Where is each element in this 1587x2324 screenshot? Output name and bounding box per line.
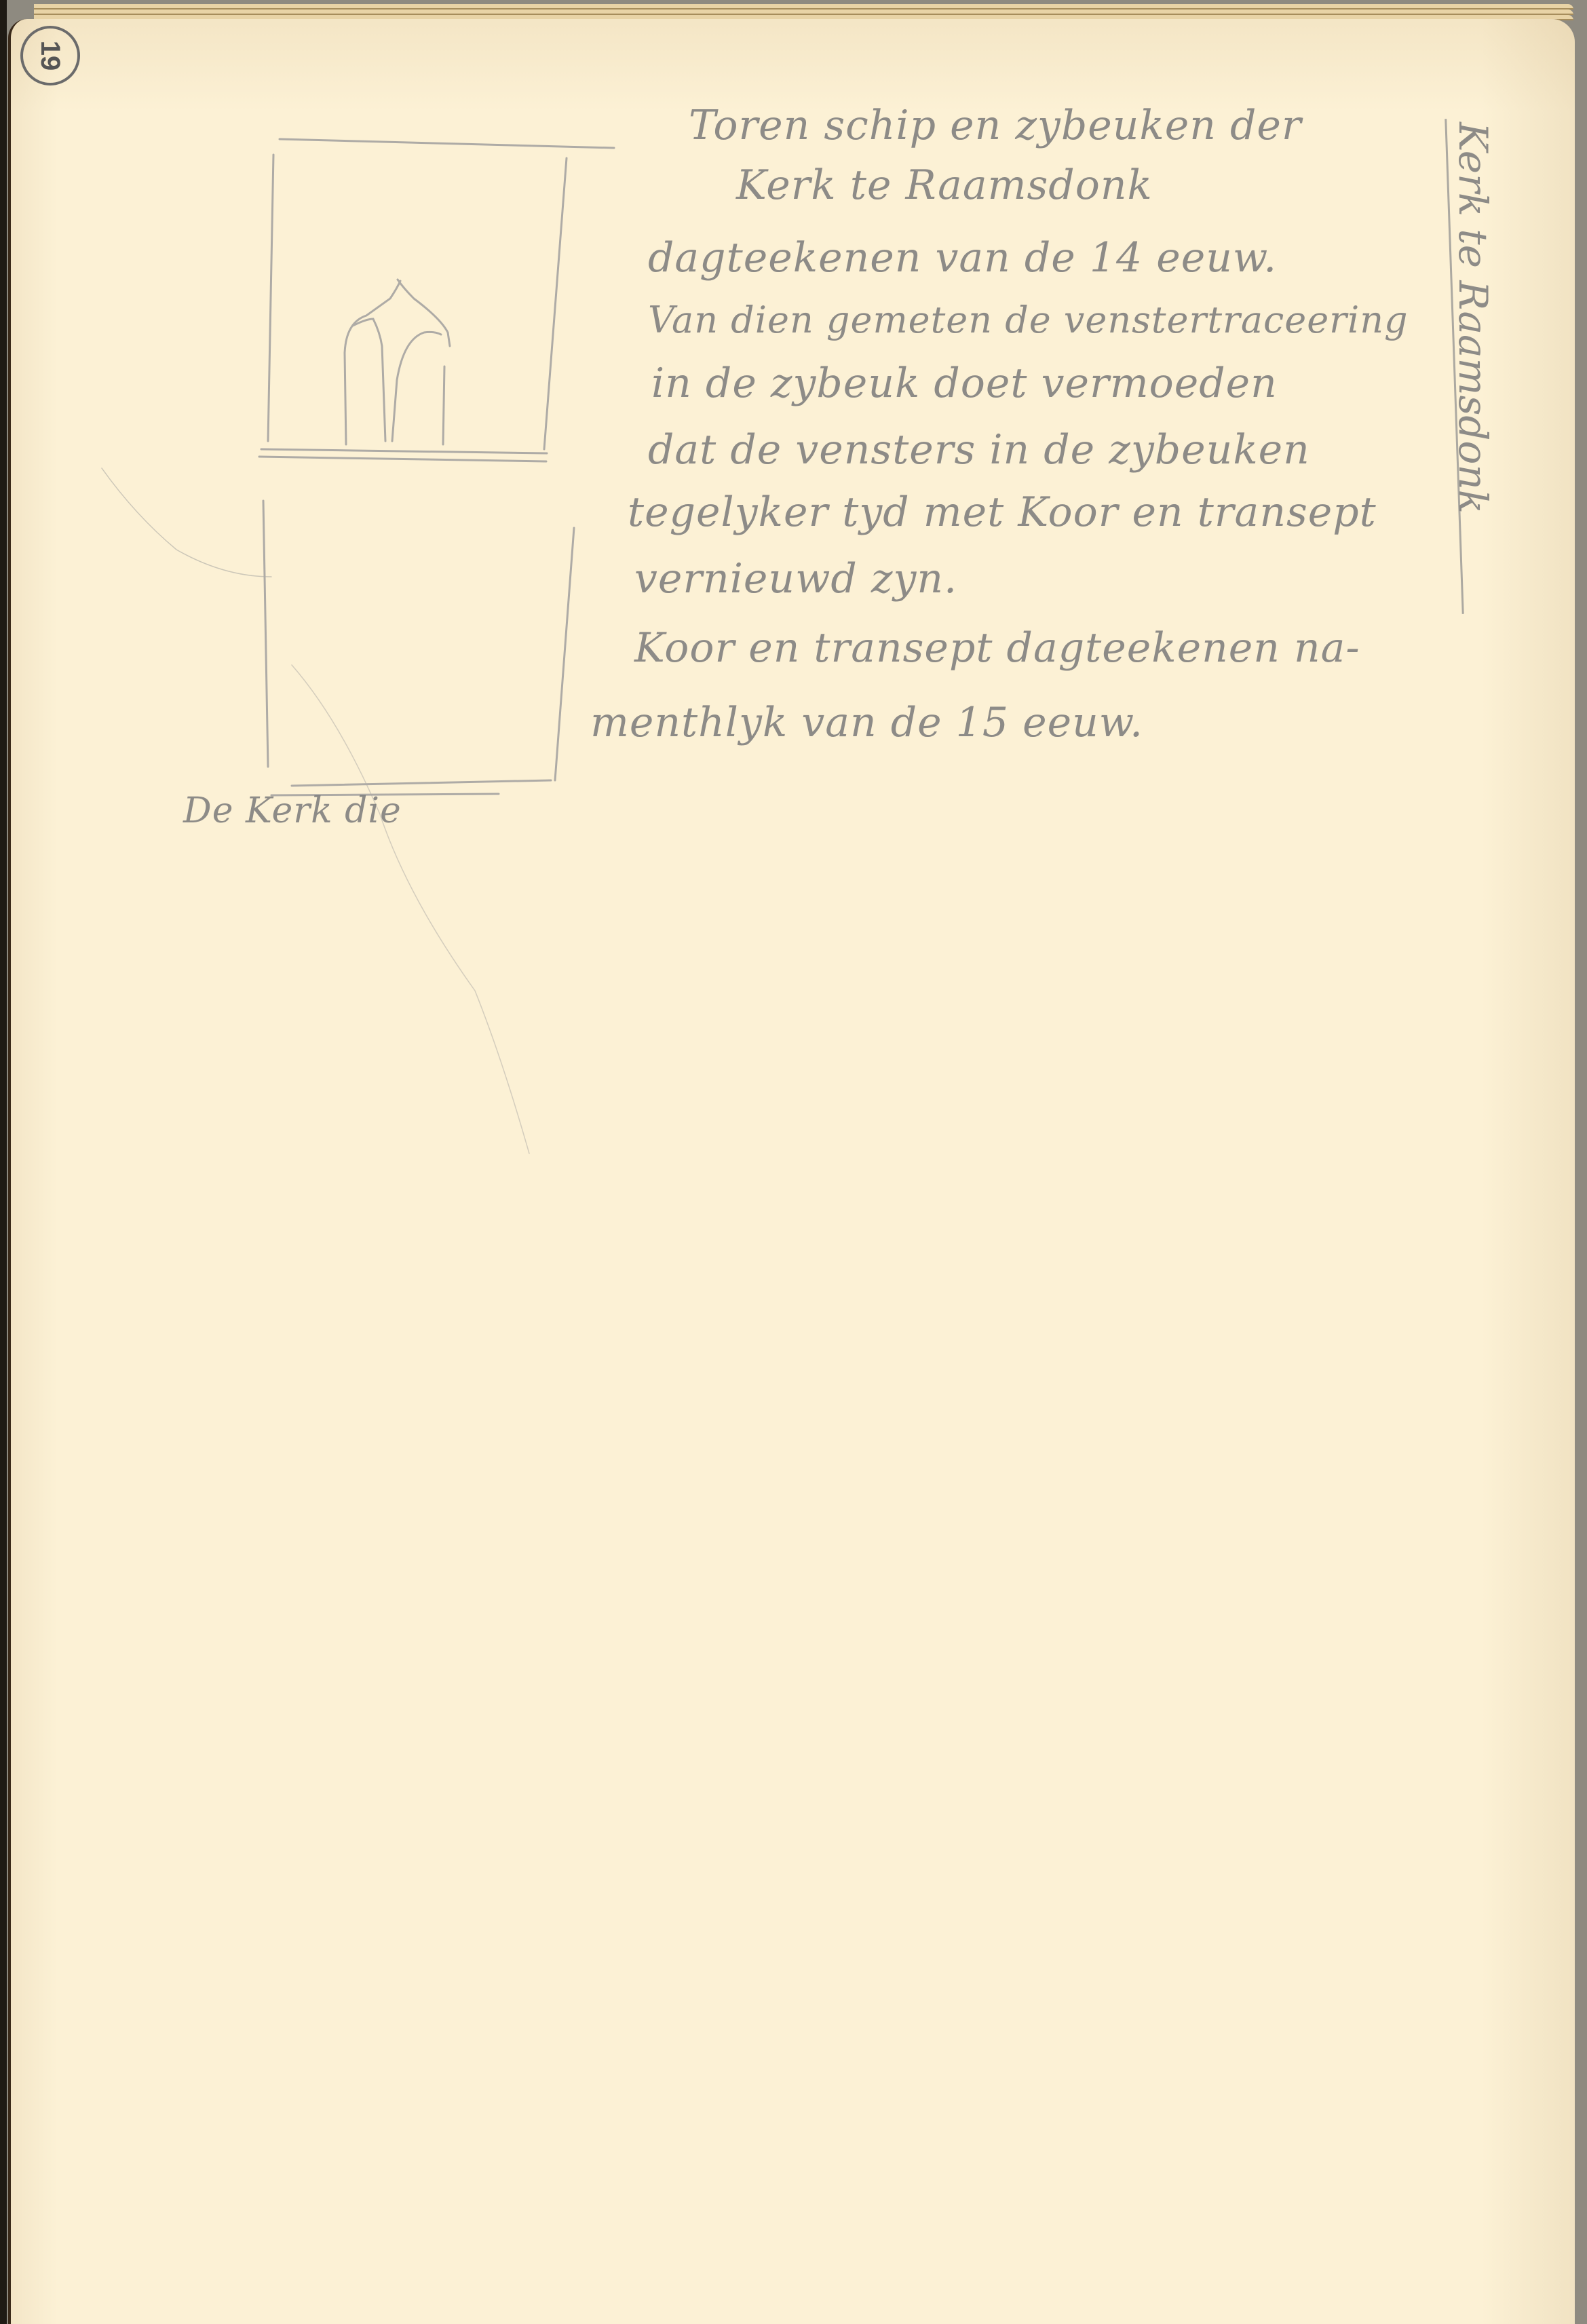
sketch-caption: De Kerk die bbox=[183, 790, 402, 831]
text-line-1: Toren schip en zybeuken der bbox=[689, 102, 1302, 149]
construction-line-1 bbox=[102, 468, 271, 577]
text-line-9: Koor en transept dagteekenen na- bbox=[634, 624, 1360, 672]
upper-panel-bottom-edge-2 bbox=[259, 457, 546, 461]
lower-panel-left-edge bbox=[263, 501, 268, 767]
text-line-8: vernieuwd zyn. bbox=[634, 555, 957, 603]
text-line-4: Van dien gemeten de venstertraceering bbox=[648, 299, 1409, 341]
margin-note: Kerk te Raamsdonk bbox=[1450, 122, 1496, 514]
arch-right-inner bbox=[392, 332, 441, 441]
lower-panel-bottom-edge bbox=[292, 780, 551, 786]
arch-right-jamb bbox=[443, 366, 444, 444]
text-line-6: dat de vensters in de zybeuken bbox=[648, 426, 1310, 474]
text-line-3: dagteekenen van de 14 eeuw. bbox=[648, 234, 1277, 282]
text-line-2: Kerk te Raamsdonk bbox=[736, 161, 1153, 209]
upper-panel-top-edge bbox=[280, 139, 614, 148]
text-line-7: tegelyker tyd met Koor en transept bbox=[628, 489, 1377, 536]
pencil-sketch bbox=[0, 0, 1587, 2324]
lower-panel-right-edge bbox=[555, 528, 574, 780]
arch-left-inner bbox=[353, 319, 385, 441]
upper-panel-bottom-edge bbox=[261, 449, 547, 453]
text-line-5: in de zybeuk doet vermoeden bbox=[651, 360, 1278, 407]
arch-right-outer bbox=[398, 280, 450, 346]
arch-left-outer bbox=[345, 281, 400, 444]
text-line-10: menthlyk van de 15 eeuw. bbox=[590, 699, 1143, 746]
upper-panel-left-edge bbox=[268, 155, 273, 441]
upper-panel-right-edge bbox=[544, 158, 567, 449]
construction-line-2 bbox=[292, 665, 529, 1154]
